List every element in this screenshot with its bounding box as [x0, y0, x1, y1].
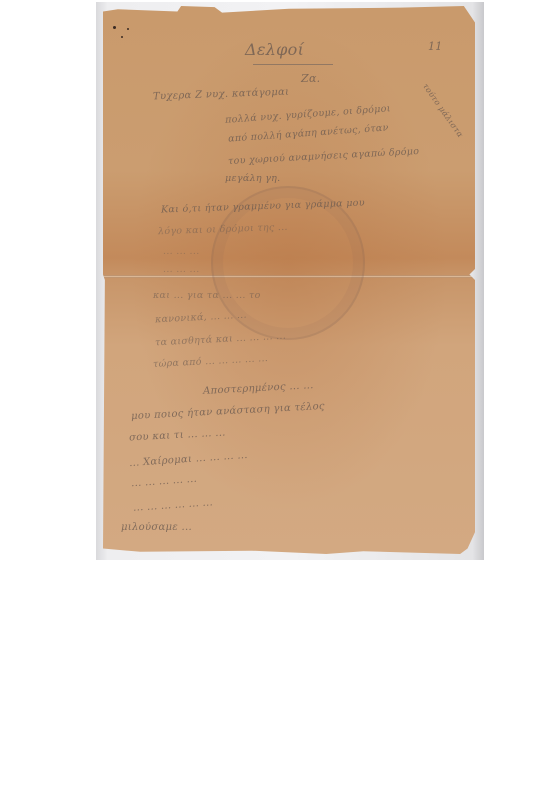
manuscript-line: μιλούσαμε ...	[121, 522, 192, 533]
manuscript-line: ... Χαίρομαι ... ... ... ...	[129, 450, 248, 469]
margin-note: τούτο μάλιστα	[421, 82, 465, 139]
manuscript-line: ... ... ... ... ...	[131, 474, 198, 490]
document-title: Δελφοί	[245, 40, 304, 59]
manuscript-line: του χωριού αναμνήσεις αγαπώ δρόμο	[228, 146, 420, 167]
manuscript-line: πολλά νυχ. γυρίζουμε, οι δρόμοι	[225, 103, 391, 126]
manuscript-line: ... ... ...	[163, 264, 200, 275]
manuscript-line: από πολλή αγάπη ανέτως, όταν	[228, 122, 389, 144]
manuscript-line: Αποστερημένος ... ...	[203, 380, 314, 397]
title-underline	[253, 64, 333, 65]
manuscript-line: σου και τι ... ... ...	[129, 427, 226, 443]
subtitle-mark: Ζα.	[301, 72, 320, 85]
manuscript-line: κανονικά, ... ... ...	[155, 310, 247, 326]
manuscript-line: ... ... ... ... ... ...	[133, 497, 214, 514]
page-number: 11	[428, 40, 443, 53]
manuscript-page: 11 Δελφοί Ζα. τούτο μάλιστα Τυχερα Ζ νυχ…	[103, 6, 475, 554]
manuscript-line: τα αισθητά και ... ... ... ...	[155, 331, 287, 349]
manuscript-line: μου ποιος ήταν ανάσταση για τέλος	[131, 401, 325, 422]
stain-spot	[121, 36, 123, 38]
manuscript-line: Τυχερα Ζ νυχ. κατάγομαι	[153, 87, 290, 103]
stain-spot	[127, 28, 129, 30]
manuscript-line: και ... για τα ... ... το	[153, 290, 261, 301]
stain-spot	[113, 26, 116, 29]
manuscript-line: μεγάλη γη.	[225, 173, 281, 184]
manuscript-line: τώρα από ... ... ... ... ...	[153, 353, 269, 370]
manuscript-line: ... ... ...	[163, 246, 200, 257]
